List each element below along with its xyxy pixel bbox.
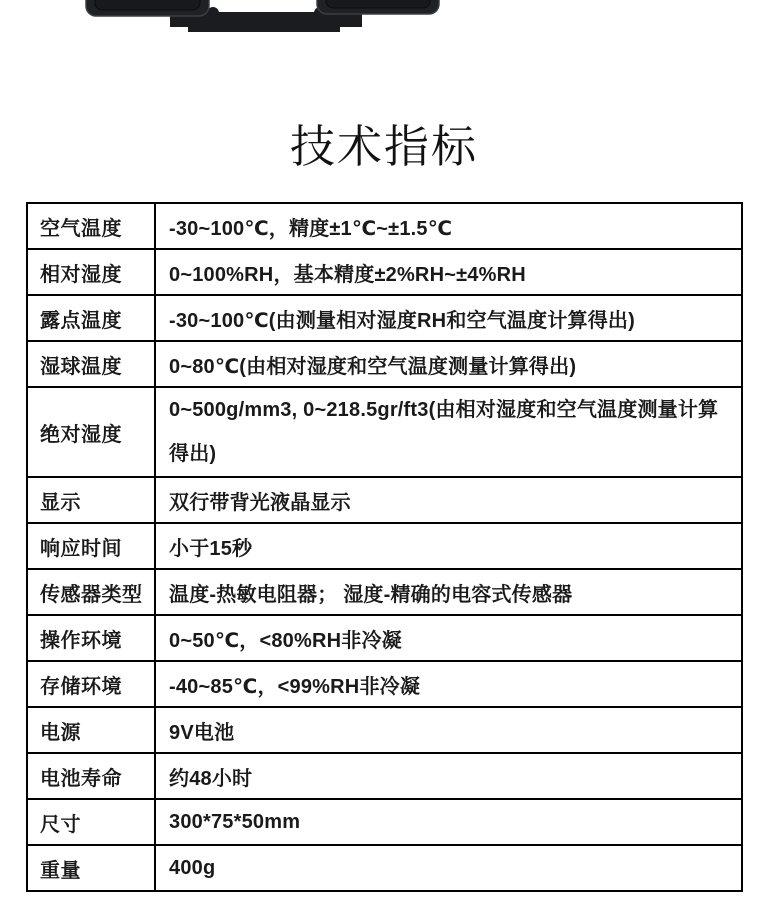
spec-label: 尺寸 — [28, 800, 156, 844]
spec-value: 400g — [156, 846, 741, 890]
spec-table: 空气温度 -30~100℃，精度±1℃~±1.5℃ 相对湿度 0~100%RH，… — [26, 202, 743, 892]
spec-value: -40~85℃，<99%RH非冷凝 — [156, 662, 741, 706]
spec-value: 双行带背光液晶显示 — [156, 478, 741, 522]
table-row: 电池寿命 约48小时 — [28, 754, 741, 800]
spec-value: 300*75*50mm — [156, 800, 741, 844]
table-row: 湿球温度 0~80℃(由相对湿度和空气温度测量计算得出) — [28, 342, 741, 388]
table-row: 露点温度 -30~100℃(由测量相对湿度RH和空气温度计算得出) — [28, 296, 741, 342]
spec-label: 重量 — [28, 846, 156, 890]
table-row: 重量 400g — [28, 846, 741, 890]
spec-value: 0~50℃，<80%RH非冷凝 — [156, 616, 741, 660]
spec-value: 0~80℃(由相对湿度和空气温度测量计算得出) — [156, 342, 741, 386]
table-row: 绝对湿度 0~500g/mm3, 0~218.5gr/ft3(由相对湿度和空气温… — [28, 388, 741, 478]
spec-value: 0~500g/mm3, 0~218.5gr/ft3(由相对湿度和空气温度测量计算… — [156, 388, 741, 476]
device-bottom-shapes — [86, 0, 439, 32]
spec-value: 小于15秒 — [156, 524, 741, 568]
spec-label: 湿球温度 — [28, 342, 156, 386]
spec-label: 操作环境 — [28, 616, 156, 660]
spec-value: -30~100℃，精度±1℃~±1.5℃ — [156, 204, 741, 248]
spec-value: 9V电池 — [156, 708, 741, 752]
spec-label: 空气温度 — [28, 204, 156, 248]
table-row: 存储环境 -40~85℃，<99%RH非冷凝 — [28, 662, 741, 708]
spec-label: 存储环境 — [28, 662, 156, 706]
spec-label: 绝对湿度 — [28, 388, 156, 476]
table-row: 显示 双行带背光液晶显示 — [28, 478, 741, 524]
spec-label: 露点温度 — [28, 296, 156, 340]
spec-label: 电池寿命 — [28, 754, 156, 798]
spec-label: 响应时间 — [28, 524, 156, 568]
table-row: 操作环境 0~50℃，<80%RH非冷凝 — [28, 616, 741, 662]
table-row: 相对湿度 0~100%RH，基本精度±2%RH~±4%RH — [28, 250, 741, 296]
table-row: 空气温度 -30~100℃，精度±1℃~±1.5℃ — [28, 204, 741, 250]
table-row: 传感器类型 温度-热敏电阻器； 湿度-精确的电容式传感器 — [28, 570, 741, 616]
spec-label: 传感器类型 — [28, 570, 156, 614]
spec-value: 0~100%RH，基本精度±2%RH~±4%RH — [156, 250, 741, 294]
table-row: 尺寸 300*75*50mm — [28, 800, 741, 846]
table-row: 响应时间 小于15秒 — [28, 524, 741, 570]
spec-value: 温度-热敏电阻器； 湿度-精确的电容式传感器 — [156, 570, 741, 614]
section-title: 技术指标 — [0, 110, 768, 175]
spec-value: 约48小时 — [156, 754, 741, 798]
spec-label: 相对湿度 — [28, 250, 156, 294]
spec-label: 电源 — [28, 708, 156, 752]
spec-label: 显示 — [28, 478, 156, 522]
table-row: 电源 9V电池 — [28, 708, 741, 754]
product-photo-fragment — [80, 0, 448, 40]
spec-value: -30~100℃(由测量相对湿度RH和空气温度计算得出) — [156, 296, 741, 340]
